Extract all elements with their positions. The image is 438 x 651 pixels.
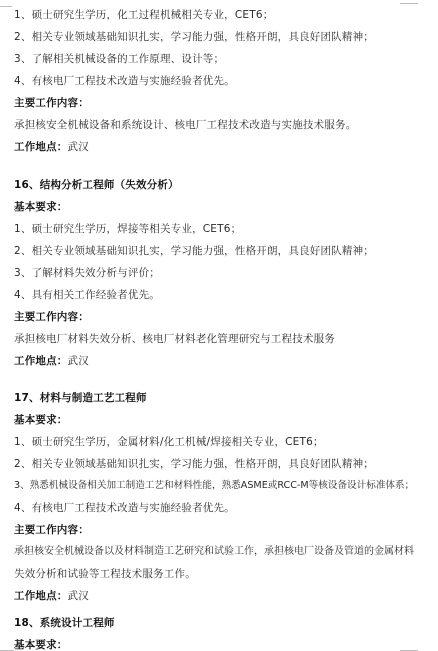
location-row: 工作地点：武汉 bbox=[14, 589, 89, 603]
location-label: 工作地点： bbox=[14, 590, 68, 602]
document-page: 1、硕士研究生学历，化工过程机械相关专业，CET6； 2、相关专业领域基础知识扎… bbox=[0, 0, 438, 651]
duties-text: 承担核安全机械设备和系统设计、核电厂工程技术改造与实施技术服务。 bbox=[14, 118, 356, 132]
location-label: 工作地点： bbox=[14, 141, 68, 153]
location-row: 工作地点：武汉 bbox=[14, 354, 89, 368]
duties-text: 承担核电厂材料失效分析、核电厂材料老化管理研究与工程技术服务 bbox=[14, 332, 335, 346]
requirement-item: 3、了解相关机械设备的工作原理、设计等； bbox=[14, 52, 224, 66]
section-title: 16、结构分析工程师（失效分析） bbox=[14, 178, 179, 192]
location-value: 武汉 bbox=[68, 590, 89, 602]
location-value: 武汉 bbox=[68, 141, 89, 153]
location-label: 工作地点： bbox=[14, 355, 68, 367]
requirement-item: 4、有核电厂工程技术改造与实施经验者优先。 bbox=[14, 74, 235, 88]
requirement-item: 4、具有相关工作经验者优先。 bbox=[14, 288, 160, 302]
section-title: 18、系统设计工程师 bbox=[14, 616, 115, 630]
duties-text: 失效分析和试验等工程技术服务工作。 bbox=[14, 567, 196, 581]
requirements-heading: 基本要求： bbox=[14, 413, 68, 427]
duties-heading: 主要工作内容： bbox=[14, 96, 89, 110]
requirements-heading: 基本要求： bbox=[14, 200, 68, 214]
requirement-item: 1、硕士研究生学历，化工过程机械相关专业，CET6； bbox=[14, 8, 273, 22]
requirement-item: 2、相关专业领域基础知识扎实，学习能力强，性格开朗，具良好团队精神； bbox=[14, 457, 374, 471]
requirements-heading: 基本要求： bbox=[14, 638, 68, 651]
margin-mark-top-left bbox=[0, 6, 12, 7]
requirement-item: 1、硕士研究生学历，焊接等相关专业，CET6； bbox=[14, 222, 241, 236]
requirement-item: 2、相关专业领域基础知识扎实，学习能力强，性格开朗，具良好团队精神； bbox=[14, 244, 374, 258]
requirement-item: 1、硕士研究生学历，金属材料/化工机械/焊接相关专业，CET6； bbox=[14, 435, 324, 449]
section-title: 17、材料与制造工艺工程师 bbox=[14, 391, 147, 405]
duties-heading: 主要工作内容： bbox=[14, 310, 89, 324]
margin-mark-top-right bbox=[400, 3, 418, 4]
requirement-item: 4、有核电厂工程技术改造与实施经验者优先。 bbox=[14, 501, 235, 515]
duties-heading: 主要工作内容： bbox=[14, 523, 89, 537]
requirement-item: 3、熟悉机械设备相关加工制造工艺和材料性能，熟悉ASME或RCC-M等核设备设计… bbox=[14, 479, 414, 493]
requirement-item: 2、相关专业领域基础知识扎实，学习能力强，性格开朗，具良好团队精神； bbox=[14, 30, 374, 44]
requirement-item: 3、了解材料失效分析与评价； bbox=[14, 266, 160, 280]
location-value: 武汉 bbox=[68, 355, 89, 367]
duties-text: 承担核安全机械设备以及材料制造工艺研究和试验工作，承担核电厂设备及管道的金属材料 bbox=[14, 545, 414, 559]
location-row: 工作地点：武汉 bbox=[14, 140, 89, 154]
